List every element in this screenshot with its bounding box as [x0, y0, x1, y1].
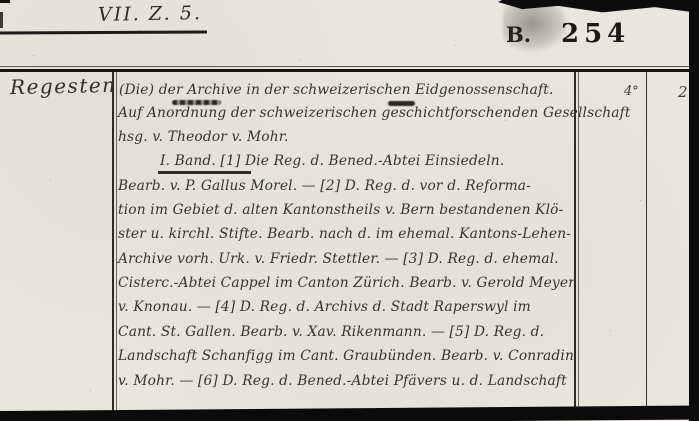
- catalog-text-line: v. Knonau. — [4] D. Reg. d. Archivs d. S…: [118, 297, 531, 317]
- catalog-text-line: Archive vorh. Urk. v. Friedr. Stettler. …: [118, 249, 559, 269]
- series-letter: B.: [506, 22, 531, 47]
- band-title-underline: [158, 171, 251, 174]
- scanned-catalog-card: VII. Z. 5. B. 254 Regesten (Die) der Arc…: [0, 0, 699, 421]
- catalog-text-line: tion im Gebiet d. alten Kantonstheils v.…: [118, 200, 563, 220]
- catalog-text-line: Bearb. v. P. Gallus Morel. — [2] D. Reg.…: [118, 176, 531, 196]
- catalog-text-line: ster u. kirchl. Stifte. Bearb. nach d. i…: [118, 224, 571, 244]
- catalog-text-line: Landschaft Schanfigg im Cant. Graubünden…: [118, 346, 574, 366]
- column-divider-copy: [646, 72, 647, 412]
- format-mark: 4°: [624, 84, 639, 99]
- column-divider-format-2: [578, 72, 579, 412]
- scan-edge-bottom: [0, 405, 699, 421]
- catalog-text-line: v. Mohr. — [6] D. Reg. d. Bened.-Abtei P…: [118, 371, 567, 391]
- scan-mark-left-edge: [0, 12, 3, 28]
- catalog-text-line: Cant. St. Gallen. Bearb. v. Xav. Rikenma…: [118, 322, 544, 342]
- catalog-text-line: hsg. v. Theodor v. Mohr.: [118, 127, 289, 147]
- catalog-text-line: I. Band. [1] Die Reg. d. Bened.-Abtei Ei…: [160, 151, 504, 171]
- classmark-underline: [0, 30, 207, 34]
- wavy-filing-underline: [172, 100, 221, 105]
- column-divider-heading: [112, 72, 114, 412]
- column-divider-format: [574, 72, 576, 412]
- scan-mark-top-left: [0, 0, 10, 3]
- classmark: VII. Z. 5.: [98, 2, 202, 26]
- copy-number: 2: [678, 83, 688, 101]
- column-heading: Regesten: [10, 73, 117, 99]
- header-rule-thin: [0, 66, 699, 67]
- catalog-text-line: (Die) der Archive in der schweizerischen…: [119, 80, 554, 100]
- column-divider-heading-2: [116, 72, 117, 412]
- ink-smudge: [388, 101, 415, 106]
- page-number: 254: [561, 19, 630, 49]
- scan-edge-right: [689, 0, 699, 421]
- catalog-text-line: Auf Anordnung der schweizerischen geschi…: [118, 103, 631, 123]
- header-rule: [0, 69, 699, 72]
- catalog-text-line: Cisterc.-Abtei Cappel im Canton Zürich. …: [118, 273, 575, 293]
